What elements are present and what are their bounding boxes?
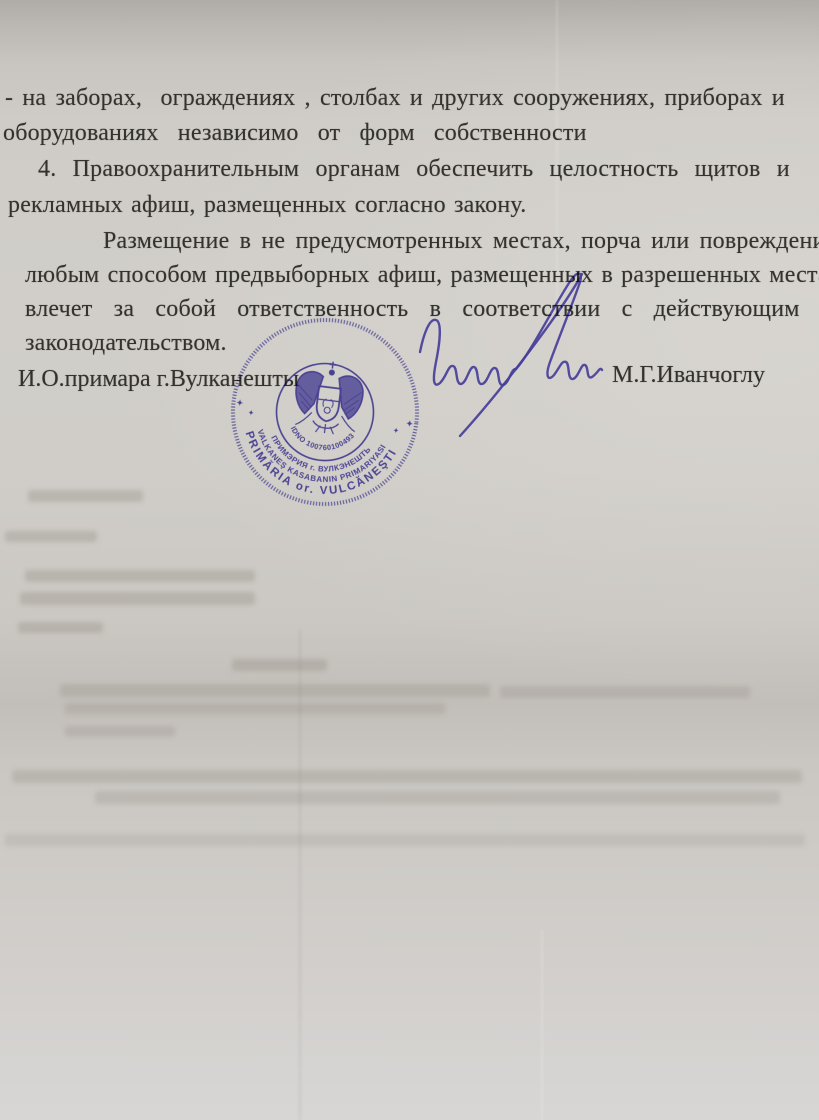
bleed-through-text xyxy=(12,770,802,783)
paper-crease xyxy=(299,630,301,1120)
document-text-line: - на заборах, ограждениях , столбах и др… xyxy=(5,84,785,113)
bleed-through-text xyxy=(5,834,805,846)
document-text-line: рекламных афиш, размещенных согласно зак… xyxy=(8,191,526,220)
paper-crease xyxy=(541,930,543,1120)
scanned-document-page: - на заборах, ограждениях , столбах и др… xyxy=(0,0,819,1120)
bleed-through-text xyxy=(20,592,255,605)
document-text-line: Размещение в не предусмотренных местах, … xyxy=(103,227,819,256)
bleed-through-text xyxy=(232,659,327,671)
bleed-through-text xyxy=(5,531,97,542)
bleed-through-text xyxy=(60,684,490,697)
handwritten-signature xyxy=(390,262,605,447)
bleed-through-text xyxy=(65,703,445,714)
bleed-through-text xyxy=(65,726,175,737)
document-text-line: оборудованиях независимо от форм собстве… xyxy=(3,119,587,148)
bleed-through-text xyxy=(18,622,103,633)
bleed-through-text xyxy=(500,686,750,698)
signature-stroke xyxy=(516,273,602,379)
bleed-through-text xyxy=(95,791,780,804)
star-separator-icon: ✦ xyxy=(236,398,244,408)
bleed-through-text xyxy=(25,570,255,582)
document-text-line: 4. Правоохранительным органам обеспечить… xyxy=(38,155,790,184)
signature-stroke xyxy=(420,320,516,385)
stamp-inner-ring-top-text: РЕСПУБЛИКА МОЛДОВА, АТО ГАГАУЗИЯ (ГАГАУЗ… xyxy=(239,515,376,523)
star-separator-icon: ✦ xyxy=(248,409,255,418)
document-text-line: законодательством. xyxy=(25,329,227,358)
bleed-through-text xyxy=(28,490,143,502)
signer-name: М.Г.Иванчоглу xyxy=(612,362,765,389)
signature-stroke xyxy=(460,274,582,436)
